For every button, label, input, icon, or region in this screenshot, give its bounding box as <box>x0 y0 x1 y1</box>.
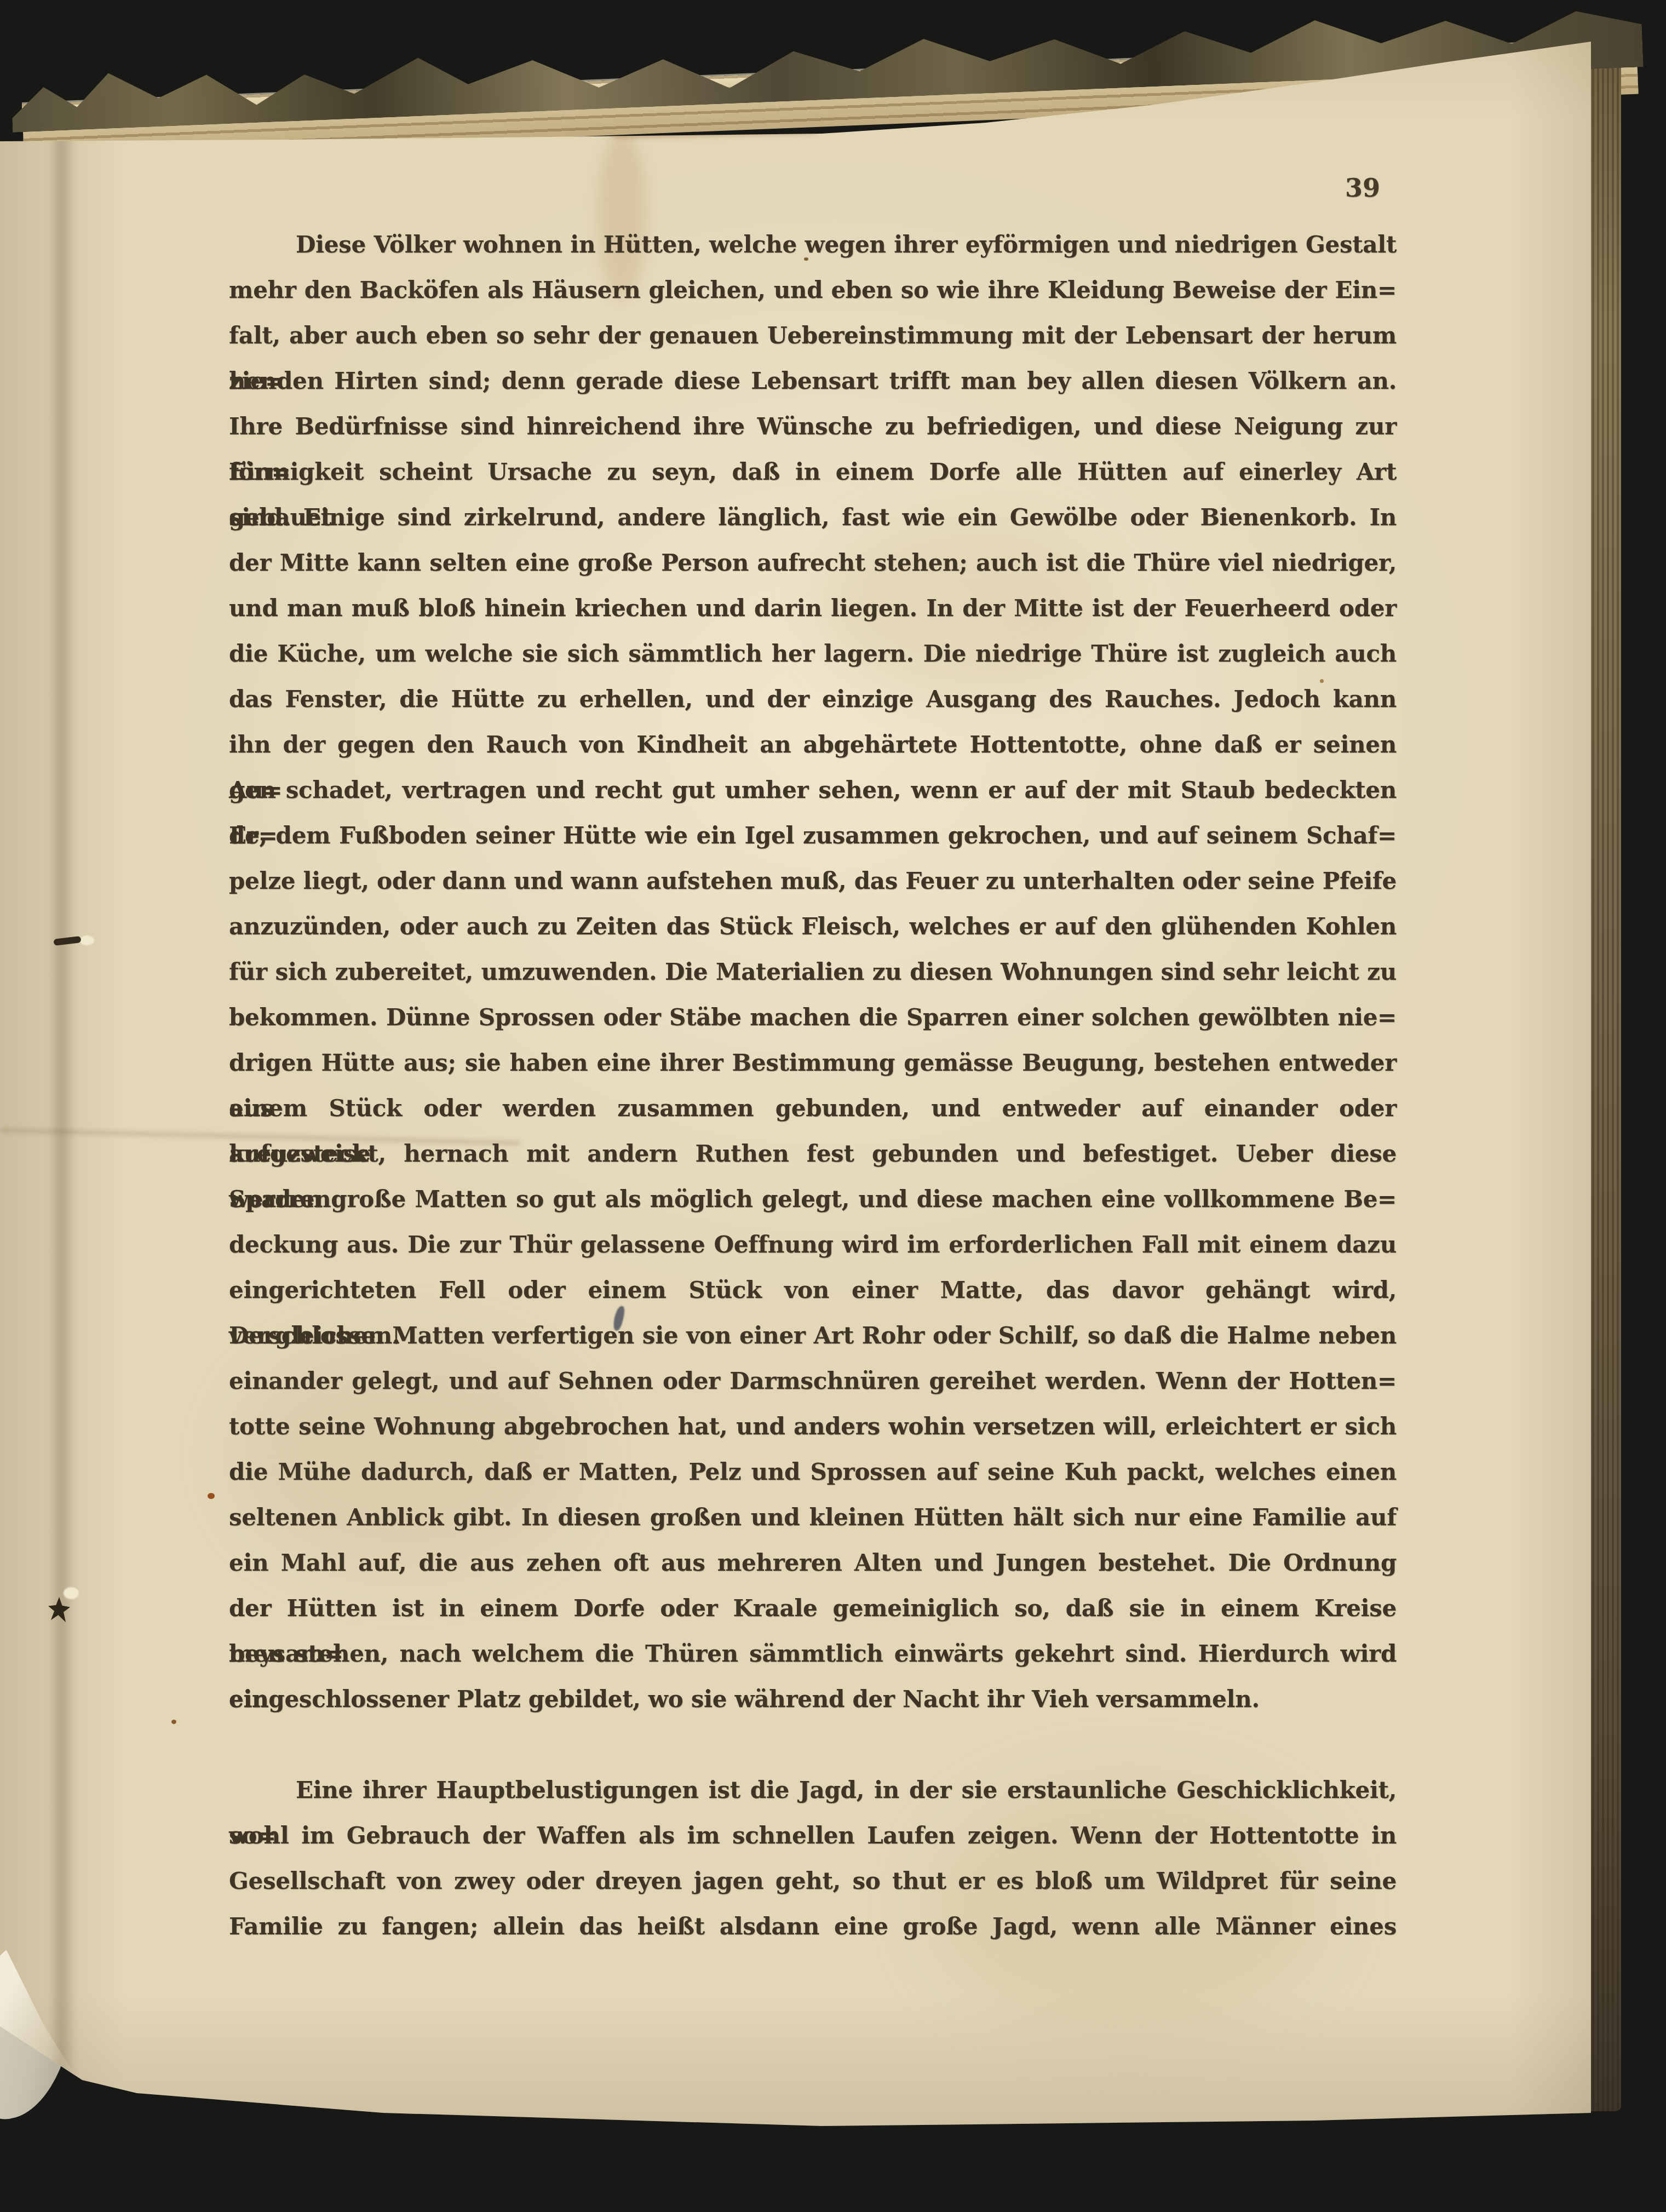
text-line: Dergleichen Matten verfertigen sie von e… <box>229 1313 1397 1358</box>
text-line: ihn der gegen den Rauch von Kindheit an … <box>229 722 1397 767</box>
text-line: seltenen Anblick gibt. In diesen großen … <box>229 1495 1397 1540</box>
text-line: der Hütten ist in einem Dorfe oder Kraal… <box>229 1585 1397 1631</box>
stitch-paper-bump <box>80 935 94 945</box>
text-line: gen schadet, vertragen und recht gut umh… <box>229 767 1397 813</box>
book-page: 39 Diese Völker wohnen in Hütten, welche… <box>0 0 1591 2136</box>
text-line: werden große Matten so gut als möglich g… <box>229 1176 1397 1222</box>
text-line: falt, aber auch eben so sehr der genauen… <box>229 313 1397 358</box>
text-line: drigen Hütte aus; sie haben eine ihrer B… <box>229 1040 1397 1085</box>
page-number: 39 <box>1254 173 1391 203</box>
text-line: de, dem Fußboden seiner Hütte wie ein Ig… <box>229 813 1397 858</box>
text-line: eingerichteten Fell oder einem Stück von… <box>229 1267 1397 1313</box>
text-line: wohl im Gebrauch der Waffen als im schne… <box>229 1813 1397 1858</box>
text-line: anzuzünden, oder auch zu Zeiten das Stüc… <box>229 904 1397 949</box>
text-line: Familie zu fangen; allein das heißt alsd… <box>229 1904 1397 1949</box>
paper-speck <box>171 1720 176 1724</box>
text-line: Eine ihrer Hauptbelustigungen ist die Ja… <box>229 1767 1397 1813</box>
text-line: Gesellschaft von zwey oder dreyen jagen … <box>229 1858 1397 1904</box>
text-line: pelze liegt, oder dann und wann aufstehe… <box>229 858 1397 904</box>
text-line: henden Hirten sind; denn gerade diese Le… <box>229 358 1397 404</box>
text-line: die Küche, um welche sie sich sämmtlich … <box>229 631 1397 676</box>
text-line: aufgesteckt, hernach mit andern Ruthen f… <box>229 1131 1397 1176</box>
text-line: sind. Einige sind zirkelrund, andere län… <box>229 495 1397 540</box>
stitch-paper-bump <box>64 1587 79 1599</box>
text-line: die Mühe dadurch, daß er Matten, Pelz un… <box>229 1449 1397 1495</box>
text-line: bekommen. Dünne Sprossen oder Stäbe mach… <box>229 995 1397 1040</box>
text-line: ein Mahl auf, die aus zehen oft aus mehr… <box>229 1540 1397 1585</box>
text-line: Ihre Bedürfnisse sind hinreichend ihre W… <box>229 404 1397 449</box>
text-line: und man muß bloß hinein kriechen und dar… <box>229 585 1397 631</box>
paper-speck <box>208 1493 215 1499</box>
text-line: Diese Völker wohnen in Hütten, welche we… <box>229 222 1397 267</box>
text-line: einem Stück oder werden zusammen gebunde… <box>229 1085 1397 1131</box>
text-line: eingeschlossener Platz gebildet, wo sie … <box>229 1676 1397 1722</box>
text-line: einander gelegt, und auf Sehnen oder Dar… <box>229 1358 1397 1404</box>
text-line: das Fenster, die Hütte zu erhellen, und … <box>229 676 1397 722</box>
gutter-crease <box>48 137 77 2087</box>
text-line: förmigkeit scheint Ursache zu seyn, daß … <box>229 449 1397 495</box>
scanned-book-photo: 39 Diese Völker wohnen in Hütten, welche… <box>0 0 1666 2212</box>
text-block: Diese Völker wohnen in Hütten, welche we… <box>229 222 1397 1949</box>
fore-edge-strip <box>1587 33 1621 2111</box>
paragraph: Eine ihrer Hauptbelustigungen ist die Ja… <box>229 1767 1397 1949</box>
text-line: mehr den Backöfen als Häusern gleichen, … <box>229 267 1397 313</box>
paragraph: Diese Völker wohnen in Hütten, welche we… <box>229 222 1397 1722</box>
text-line: deckung aus. Die zur Thür gelassene Oeff… <box>229 1222 1397 1267</box>
text-line: der Mitte kann selten eine große Person … <box>229 540 1397 585</box>
text-line: totte seine Wohnung abgebrochen hat, und… <box>229 1404 1397 1449</box>
text-line: für sich zubereitet, umzuwenden. Die Mat… <box>229 949 1397 995</box>
text-line: men stehen, nach welchem die Thüren sämm… <box>229 1631 1397 1676</box>
